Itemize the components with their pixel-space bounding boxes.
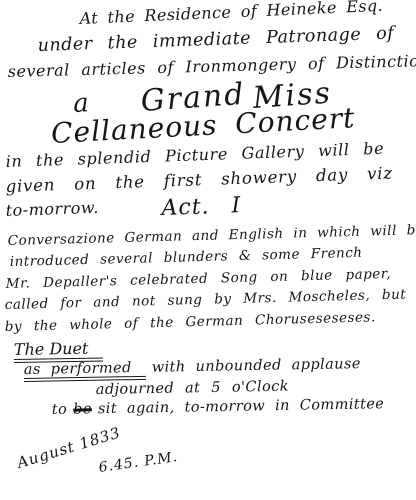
committee-rest: sit again, to-morrow in Committee bbox=[98, 396, 385, 417]
committee-prefix: to bbox=[52, 402, 68, 418]
act-heading: Act. I bbox=[161, 194, 242, 221]
adjourned-line: adjourned at 5 o'Clock bbox=[96, 380, 289, 399]
articles-line: several articles of Ironmongery of Disti… bbox=[8, 52, 416, 81]
committee-struck-word: be bbox=[73, 401, 92, 417]
patronage-line: under the immediate Patronage of bbox=[37, 25, 394, 57]
announcement-line-2: given on the first showery day viz bbox=[5, 164, 393, 196]
duet-performed-line: as performedwith unbounded applause bbox=[24, 357, 361, 379]
as-performed-rest: with unbounded applause bbox=[152, 356, 361, 376]
venue-line: At the Residence of Heineke Esq. bbox=[79, 0, 383, 28]
act-line-5: by the whole of the German Chorusesesese… bbox=[5, 310, 376, 335]
duet-heading-text: The Duet bbox=[14, 338, 103, 363]
time-note: 6.45. P.M. bbox=[98, 450, 179, 476]
handwritten-programme-page: At the Residence of Heineke Esq. under t… bbox=[0, 0, 416, 500]
duet-heading: The Duet bbox=[14, 339, 103, 358]
act-line-2: introduced several blunders & some Frenc… bbox=[10, 246, 363, 270]
as-performed-underlined: as performed bbox=[24, 360, 146, 382]
act-line-4: called for and not sung by Mrs. Moschele… bbox=[5, 287, 407, 312]
committee-line: tobesit again, to-morrow in Committee bbox=[52, 397, 385, 419]
announcement-line-3: to-morrow. bbox=[5, 199, 99, 220]
